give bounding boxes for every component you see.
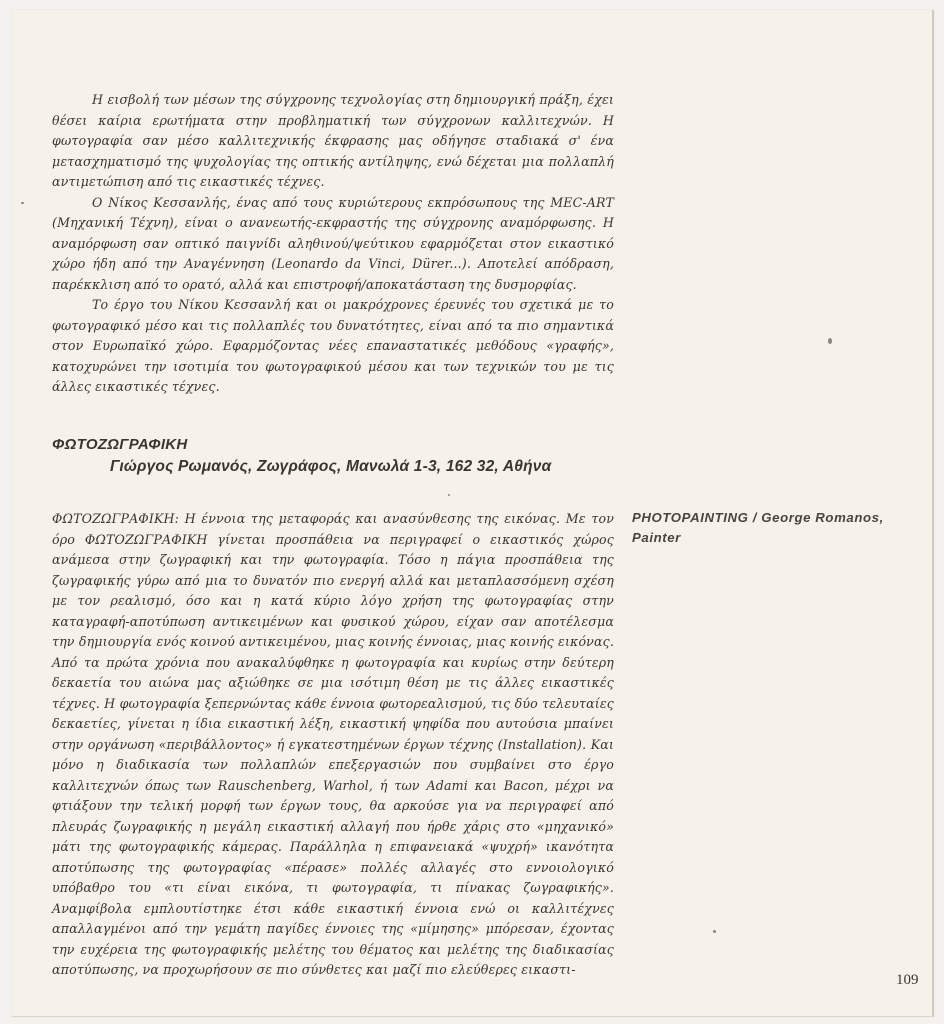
paper-speck [828,338,832,344]
section-body: ΦΩΤΟΖΩΓΡΑΦΙΚΗ: Η έννοια της μεταφοράς κα… [52,509,614,981]
paper-speck [448,494,450,496]
section-subheading: Γιώργος Ρωμανός, Ζωγράφος, Μανωλά 1-3, 1… [110,458,551,476]
paper-speck [21,202,24,204]
document-page: Η εισβολή των μέσων της σύγχρονης τεχνολ… [12,10,934,1017]
intro-paragraph: Η εισβολή των μέσων της σύγχρονης τεχνολ… [52,90,614,193]
section-body-paragraph: ΦΩΤΟΖΩΓΡΑΦΙΚΗ: Η έννοια της μεταφοράς κα… [52,509,614,981]
intro-text: Η εισβολή των μέσων της σύγχρονης τεχνολ… [52,90,614,398]
section-heading: ΦΩΤΟΖΩΓΡΑΦΙΚΗ [52,436,188,453]
intro-paragraph: Ο Νίκος Κεσσανλής, ένας από τους κυριώτε… [52,193,614,296]
page-number: 109 [896,972,919,989]
paper-speck [713,930,716,933]
side-caption: PHOTOPAINTING / George Romanos, Painter [632,508,902,548]
intro-paragraph: Το έργο του Νίκου Κεσσανλή και οι μακρόχ… [52,295,614,398]
